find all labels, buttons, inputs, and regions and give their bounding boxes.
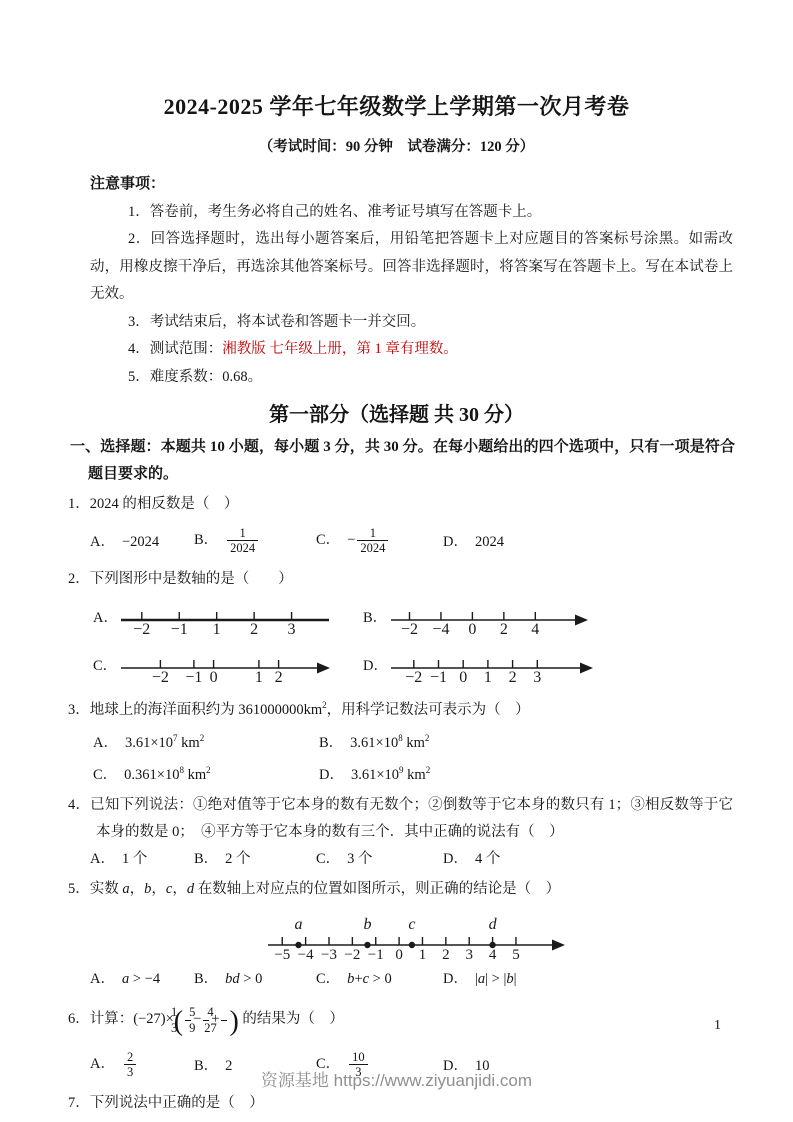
question-1-stem: 1．2024 的相反数是（ ） — [68, 491, 733, 518]
svg-text:−1: −1 — [185, 669, 202, 684]
option-key: A． — [90, 851, 115, 867]
note-item-3: 3．考试结束后，将本试卷和答题卡一并交回。 — [90, 309, 733, 337]
svg-text:c: c — [408, 916, 415, 933]
svg-text:a: a — [294, 916, 302, 933]
page-number: 1 — [714, 1018, 721, 1034]
svg-text:1: 1 — [255, 669, 263, 684]
option-value: 3.61×109 km2 — [351, 767, 430, 783]
svg-text:3: 3 — [533, 669, 541, 684]
option-value: 0.361×108 km2 — [124, 767, 210, 783]
question-3-stem: 3．地球上的海洋面积约为 361000000km2，用科学记数法可表示为（ ） — [68, 692, 733, 724]
option-key: B． — [194, 532, 218, 548]
svg-text:3: 3 — [288, 621, 296, 636]
note-item-1: 1．答卷前，考生务必将自己的姓名、准考证号填写在答题卡上。 — [90, 199, 733, 227]
option-value: |a| > |b| — [475, 971, 517, 987]
svg-text:5: 5 — [512, 947, 520, 961]
option-value: 1 个 — [122, 851, 147, 867]
q1-option-c: C．−12024 — [316, 526, 443, 556]
option-key: C． — [316, 971, 340, 987]
svg-text:−3: −3 — [321, 947, 337, 961]
option-key: D． — [443, 534, 468, 550]
svg-text:0: 0 — [468, 621, 476, 636]
option-key: C． — [316, 851, 340, 867]
svg-text:2: 2 — [250, 621, 258, 636]
svg-text:−5: −5 — [274, 947, 290, 961]
svg-text:2: 2 — [500, 621, 508, 636]
option-key: C． — [316, 532, 340, 548]
svg-text:−2: −2 — [344, 947, 360, 961]
question-2-stem: 2．下列图形中是数轴的是（ ） — [68, 566, 733, 593]
svg-text:−1: −1 — [368, 947, 384, 961]
option-key: D． — [443, 851, 468, 867]
note-item-4: 4．测试范围：湘教版 七年级上册，第 1 章有理数。 — [90, 336, 733, 364]
question-3-options: A．3.61×107 km2 B．3.61×108 km2 C．0.361×10… — [93, 724, 733, 790]
question-4-stem: 4．已知下列说法：①绝对值等于它本身的数有无数个；②倒数等于它本身的数只有 1；… — [68, 792, 733, 846]
option-key: A． — [93, 735, 118, 751]
q4-option-a: A．1 个 — [90, 846, 194, 873]
svg-text:1: 1 — [484, 669, 492, 684]
figure-label-b: B． — [363, 594, 389, 627]
option-key: B． — [194, 851, 218, 867]
number-line-a: −2−1123 — [119, 594, 331, 641]
svg-text:0: 0 — [395, 947, 403, 961]
question-list: 1．2024 的相反数是（ ） A．−2024 B．12024 C．−12024… — [68, 491, 733, 1117]
q4-option-d: D．4 个 — [443, 846, 733, 873]
figure-label-d: D． — [363, 642, 389, 675]
q4-option-b: B．2 个 — [194, 846, 316, 873]
svg-text:−2: −2 — [401, 621, 418, 636]
number-line-q5: −5−4−3−2−1012345abcd — [266, 949, 566, 965]
note-4-label: 4．测试范围： — [128, 341, 222, 357]
q1-option-b: B．12024 — [194, 526, 316, 556]
question-4-options: A．1 个 B．2 个 C．3 个 D．4 个 — [90, 846, 733, 873]
option-key: A． — [90, 534, 115, 550]
exam-meta: （考试时间：90 分钟 试卷满分：120 分） — [0, 135, 793, 156]
q3-option-d: D．3.61×109 km2 — [319, 757, 733, 790]
option-key: A． — [90, 971, 115, 987]
svg-text:1: 1 — [213, 621, 221, 636]
question-7-stem: 7．下列说法中正确的是（ ） — [68, 1090, 733, 1117]
q4-option-c: C．3 个 — [316, 846, 443, 873]
svg-text:−1: −1 — [430, 669, 447, 684]
svg-text:−2: −2 — [405, 669, 422, 684]
option-value: a > −4 — [122, 971, 160, 987]
option-value: 3.61×108 km2 — [350, 735, 429, 751]
q5-option-d: D．|a| > |b| — [443, 966, 733, 993]
notice-section: 注意事项： 1．答卷前，考生务必将自己的姓名、准考证号填写在答题卡上。 2．回答… — [90, 171, 733, 391]
number-line-c: −2−1012 — [119, 642, 331, 689]
figure-label-c: C． — [93, 642, 119, 675]
footer-watermark: 资源基地 https://www.ziyuanjidi.com — [0, 1066, 793, 1091]
q5-option-c: C．b+c > 0 — [316, 966, 443, 993]
option-key: D． — [319, 767, 344, 783]
q5-option-a: A．a > −4 — [90, 966, 194, 993]
question-5-figure: −5−4−3−2−1012345abcd — [266, 905, 733, 966]
question-5-stem: 5．实数 a，b，c，d 在数轴上对应点的位置如图所示，则正确的结论是（ ） — [68, 876, 733, 903]
svg-text:−2: −2 — [133, 621, 150, 636]
q3-option-b: B．3.61×108 km2 — [319, 724, 733, 757]
svg-text:−1: −1 — [171, 621, 188, 636]
svg-text:1: 1 — [419, 947, 427, 961]
note-item-2: 2．回答选择题时，选出每小题答案后，用铅笔把答题卡上对应题目的答案标号涂黑。如需… — [90, 226, 733, 309]
svg-text:−4: −4 — [432, 621, 449, 636]
option-key: B． — [319, 735, 343, 751]
page-title: 2024-2025 学年七年级数学上学期第一次月考卷 — [0, 0, 793, 121]
svg-text:2: 2 — [509, 669, 517, 684]
svg-text:2: 2 — [442, 947, 450, 961]
question-1-options: A．−2024 B．12024 C．−12024 D．2024 — [90, 518, 733, 563]
option-value: 4 个 — [475, 851, 500, 867]
svg-text:0: 0 — [459, 669, 467, 684]
question-2-figures-row-1: A． −2−1123 B． −2−4024 — [93, 594, 733, 641]
q5-option-b: B．bd > 0 — [194, 966, 316, 993]
exam-page: 2024-2025 学年七年级数学上学期第一次月考卷 （考试时间：90 分钟 试… — [0, 0, 793, 1122]
svg-text:−4: −4 — [298, 947, 314, 961]
q1-option-d: D．2024 — [443, 530, 733, 551]
option-value: b+c > 0 — [347, 971, 392, 987]
option-value: 12024 — [225, 532, 260, 548]
option-key: C． — [93, 767, 117, 783]
question-6-stem: 6．计算：(−27)×(13−59+427) 的结果为（ ） — [68, 996, 733, 1042]
option-key: D． — [443, 971, 468, 987]
question-2-figures-row-2: C． −2−1012 D． −2−10123 — [93, 642, 733, 689]
svg-text:d: d — [489, 916, 498, 933]
svg-text:0: 0 — [210, 669, 218, 684]
option-value: 2024 — [475, 534, 504, 550]
notice-heading: 注意事项： — [90, 171, 733, 199]
figure-label-a: A． — [93, 594, 119, 627]
number-line-d: −2−10123 — [389, 642, 594, 689]
number-line-b: −2−4024 — [389, 594, 589, 641]
option-value: 3 个 — [347, 851, 372, 867]
q3-option-a: A．3.61×107 km2 — [93, 724, 319, 757]
q1-option-a: A．−2024 — [90, 530, 194, 551]
option-key: B． — [194, 971, 218, 987]
note-item-5: 5．难度系数：0.68。 — [90, 364, 733, 392]
svg-text:4: 4 — [489, 947, 497, 961]
svg-text:3: 3 — [465, 947, 473, 961]
svg-text:2: 2 — [275, 669, 283, 684]
option-value: 3.61×107 km2 — [125, 735, 204, 751]
section-1-intro: 一、选择题：本题共 10 小题，每小题 3 分，共 30 分。在每小题给出的四个… — [70, 434, 735, 488]
q3-option-c: C．0.361×108 km2 — [93, 757, 319, 790]
option-value: −12024 — [347, 532, 390, 548]
section-1-title: 第一部分（选择题 共 30 分） — [0, 398, 793, 427]
svg-text:b: b — [363, 916, 371, 933]
svg-text:4: 4 — [531, 621, 539, 636]
question-5-options: A．a > −4 B．bd > 0 C．b+c > 0 D．|a| > |b| — [90, 966, 733, 993]
note-4-scope: 湘教版 七年级上册，第 1 章有理数。 — [222, 341, 458, 357]
option-value: −2024 — [122, 534, 159, 550]
option-value: bd > 0 — [225, 971, 262, 987]
svg-text:−2: −2 — [152, 669, 169, 684]
option-value: 2 个 — [225, 851, 250, 867]
